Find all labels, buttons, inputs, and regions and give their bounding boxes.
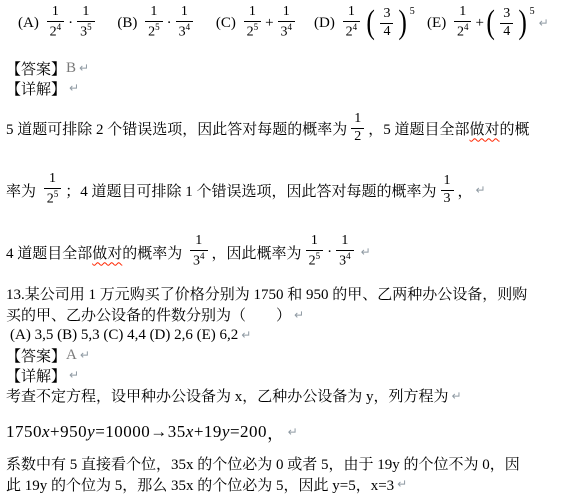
paragraph-mark-icon: ↵ (452, 389, 462, 403)
text-run: 【详解】 (6, 365, 66, 386)
text-run: · (327, 244, 332, 261)
fraction-numerator: 1 (345, 5, 358, 21)
text-run: 4 道题目全部 (6, 242, 92, 263)
fraction-numerator: 1 (308, 234, 321, 250)
text-run: 35 (168, 422, 186, 442)
paragraph-mark-icon: ↵ (539, 16, 549, 30)
document-page[interactable]: (A) 124·135 (B) 125·134 (C) 125+134 (D) … (0, 0, 578, 495)
fraction: 134 (336, 234, 354, 269)
fraction-numerator: 1 (79, 5, 92, 21)
text-run: 考查不定方程，设甲种办公设备为 x，乙种办公设备为 y，列方程为 (6, 385, 449, 406)
text-run: 的概 (500, 118, 530, 139)
text-run: =10000 (95, 422, 150, 442)
text-run: 买的甲、乙办公设备的件数分别为（ ） (6, 304, 291, 325)
open-paren-icon: ( (486, 8, 494, 39)
exponent: 5 (410, 6, 415, 17)
exponent: 5 (54, 189, 59, 199)
text-run: +950 (50, 422, 87, 442)
text-run: · (68, 15, 73, 32)
para1-l1: 5 道题可排除 2 个错误选项，因此答对每题的概率为12，5 道题目全部做对的概 (0, 106, 578, 150)
fraction-denominator: 24 (47, 21, 65, 40)
fraction: 12 (351, 112, 364, 144)
answer-letter: A (66, 347, 77, 364)
exponent: 4 (288, 22, 293, 32)
text-run: 系数中有 5 直接看个位，35x 的个位必为 0 或者 5，由于 19y 的个位… (6, 453, 520, 474)
fraction: 34 (380, 7, 393, 39)
fraction: 125 (145, 5, 163, 40)
paragraph-mark-icon: ↵ (79, 61, 89, 75)
fraction-denominator: 24 (343, 21, 361, 40)
fraction: 125 (306, 234, 324, 269)
exponent: 5 (254, 22, 259, 32)
answer-2: 【答案】A↵ (0, 345, 578, 365)
exponent: 4 (200, 251, 205, 261)
text-run: + (265, 15, 273, 32)
exponent: 5 (155, 22, 160, 32)
q13-l1: 13.某公司用 1 万元购买了价格分别为 1750 和 950 的甲、乙两种办公… (0, 283, 578, 304)
text-run: 率为 (6, 180, 40, 201)
paragraph-mark-icon: ↵ (80, 348, 90, 362)
fraction-denominator: 2 (351, 128, 364, 145)
fraction: 134 (278, 5, 296, 40)
fraction-denominator: 4 (380, 23, 393, 40)
fraction: 124 (47, 5, 65, 40)
paren-fraction: (34)5 (485, 7, 535, 39)
math-variable: y (87, 422, 95, 442)
math-variable: y (222, 422, 230, 442)
fraction-numerator: 1 (192, 234, 205, 250)
fraction-numerator: 3 (500, 7, 513, 23)
fraction-denominator: 34 (278, 21, 296, 40)
fraction: 125 (244, 5, 262, 40)
fraction: 13 (441, 174, 454, 206)
paragraph-mark-icon: ↵ (69, 368, 79, 382)
setup-line: 考查不定方程，设甲种办公设备为 x，乙种办公设备为 y，列方程为↵ (0, 385, 578, 406)
text-run: ，5 道题目全部 (368, 118, 469, 139)
text-run: → (150, 422, 168, 442)
fraction-numerator: 1 (280, 5, 293, 21)
text-run: 此 19y 的个位为 5，那么 35x 的个位必为 5，因此 y=5，x=3 (6, 474, 394, 495)
answer-letter: B (66, 60, 76, 77)
exponent: 4 (186, 22, 191, 32)
text-run: (C) (197, 15, 240, 32)
text-run: 的概率为 (122, 242, 186, 263)
fraction: 135 (77, 5, 95, 40)
fraction-denominator: 25 (244, 21, 262, 40)
fraction: 134 (176, 5, 194, 40)
fraction: 124 (454, 5, 472, 40)
fraction-numerator: 1 (147, 5, 160, 21)
text-run: (A) (18, 15, 43, 32)
text-run: 【答案】 (6, 58, 66, 79)
math-variable: x (42, 422, 50, 442)
text-run: 【详解】 (6, 78, 66, 99)
text-run: 13.某公司用 1 万元购买了价格分别为 1750 和 950 的甲、乙两种办公… (6, 283, 527, 304)
text-run: 5 道题可排除 2 个错误选项，因此答对每题的概率为 (6, 118, 347, 139)
fraction-denominator: 35 (77, 21, 95, 40)
open-paren-icon: ( (367, 8, 375, 39)
exponent: 4 (353, 22, 358, 32)
fraction: 34 (500, 7, 513, 39)
paragraph-mark-icon: ↵ (241, 328, 251, 342)
close-paren-icon: ) (519, 8, 527, 39)
paragraph-mark-icon: ↵ (294, 308, 304, 322)
para1-l2: 率为 125；4 道题目可排除 1 个错误选项，因此答对每题的概率为13，↵ (0, 168, 578, 212)
text-run: ， (267, 419, 285, 444)
fraction-denominator: 3 (441, 190, 454, 207)
spellcheck-wavy-text: 做对 (470, 118, 500, 139)
fraction-denominator: 25 (306, 250, 324, 269)
paragraph-mark-icon: ↵ (361, 245, 371, 259)
exponent: 5 (530, 6, 535, 17)
fraction: 125 (44, 172, 62, 207)
spellcheck-wavy-text: 做对 (92, 242, 122, 263)
answer-1: 【答案】B↵ (0, 58, 578, 78)
text-run: 1750 (6, 422, 42, 442)
text-run: (A) 3,5 (B) 5,3 (C) 4,4 (D) 2,6 (E) 6,2 (10, 327, 238, 344)
exponent: 4 (464, 22, 469, 32)
fraction: 124 (343, 5, 361, 40)
detail-2: 【详解】↵ (0, 365, 578, 385)
paragraph-mark-icon: ↵ (476, 183, 486, 197)
fraction-numerator: 1 (351, 112, 364, 128)
para1-l3: 4 道题目全部做对的概率为 134，因此概率为125·134↵ (0, 230, 578, 274)
text-run: ， (458, 180, 473, 201)
fraction-numerator: 1 (441, 174, 454, 190)
text-run: (E) (416, 15, 450, 32)
exponent: 4 (346, 251, 351, 261)
text-run: (B) (99, 15, 142, 32)
detail-1: 【详解】↵ (0, 78, 578, 98)
fraction-numerator: 1 (46, 172, 59, 188)
text-run: =200 (230, 422, 267, 442)
fraction-numerator: 1 (178, 5, 191, 21)
paragraph-mark-icon: ↵ (69, 81, 79, 95)
exponent: 4 (57, 22, 62, 32)
fraction-denominator: 25 (44, 188, 62, 207)
text-run: 【答案】 (6, 345, 66, 366)
text-run: (D) (299, 15, 339, 32)
fraction: 134 (190, 234, 208, 269)
fraction-denominator: 4 (500, 23, 513, 40)
exponent: 5 (87, 22, 92, 32)
q12-options: (A) 124·135 (B) 125·134 (C) 125+134 (D) … (0, 0, 578, 46)
fraction-denominator: 34 (336, 250, 354, 269)
math-variable: x (186, 422, 194, 442)
fraction-denominator: 34 (190, 250, 208, 269)
fraction-denominator: 25 (145, 21, 163, 40)
text-run: + (475, 15, 483, 32)
fraction-denominator: 34 (176, 21, 194, 40)
fraction-numerator: 1 (49, 5, 62, 21)
equation-line: 1750x+950y=10000→35x+19y=200，↵ (0, 419, 578, 444)
text-run: ；4 道题目可排除 1 个错误选项，因此答对每题的概率为 (65, 180, 436, 201)
fraction-numerator: 1 (246, 5, 259, 21)
concl-l2: 此 19y 的个位为 5，那么 35x 的个位必为 5，因此 y=5，x=3↵ (0, 474, 578, 494)
q13-l2: 买的甲、乙办公设备的件数分别为（ ）↵ (0, 304, 578, 325)
exponent: 5 (316, 251, 321, 261)
fraction-denominator: 24 (454, 21, 472, 40)
q13-options: (A) 3,5 (B) 5,3 (C) 4,4 (D) 2,6 (E) 6,2↵ (0, 325, 578, 345)
text-run: ，因此概率为 (212, 242, 302, 263)
fraction-numerator: 1 (456, 5, 469, 21)
close-paren-icon: ) (399, 8, 407, 39)
paren-fraction: (34)5 (365, 7, 415, 39)
paragraph-mark-icon: ↵ (288, 425, 299, 439)
fraction-numerator: 1 (338, 234, 351, 250)
fraction-numerator: 3 (380, 7, 393, 23)
concl-l1: 系数中有 5 直接看个位，35x 的个位必为 0 或者 5，由于 19y 的个位… (0, 453, 578, 474)
text-run: · (167, 15, 172, 32)
paragraph-mark-icon: ↵ (397, 477, 407, 491)
text-run: +19 (194, 422, 222, 442)
